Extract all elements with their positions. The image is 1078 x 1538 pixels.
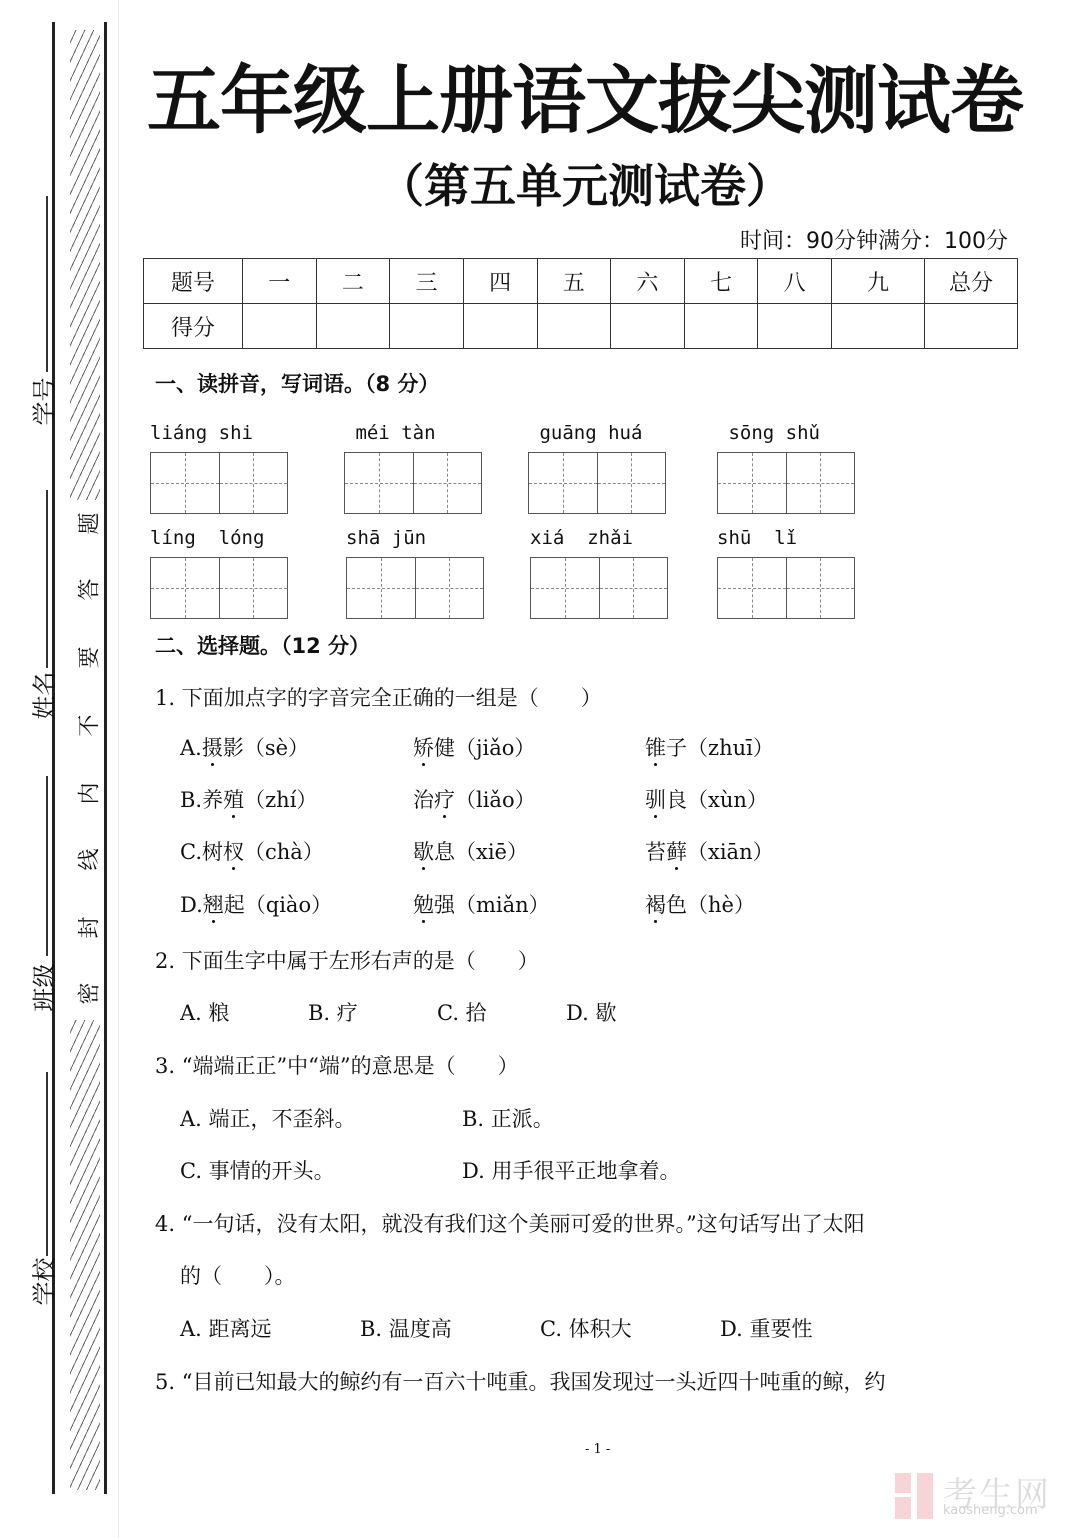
char: 养 [202, 788, 223, 812]
q1-option-d-word2: 勉强（miǎn） [413, 889, 550, 919]
char: 子 [666, 736, 687, 760]
watermark-logo-icon [895, 1473, 935, 1519]
table-cell: 总分 [925, 259, 1018, 304]
q4-option-d[interactable]: D. 重要性 [720, 1313, 812, 1343]
char: 影 [223, 736, 244, 760]
pinyin: （qiào） [245, 893, 332, 917]
pinyin: （zhuī） [687, 736, 774, 760]
score-input-cell[interactable] [611, 304, 685, 349]
pinyin-label: xiá zhǎi [530, 527, 670, 557]
dotted-char: 疗 [434, 788, 455, 812]
strip-divider [118, 0, 119, 1538]
char: 强 [434, 893, 455, 917]
dotted-char: 勉 [413, 893, 434, 917]
binding-strip: 题 答 要 不 内 线 封 密 学号 姓名 班级 学校 [0, 0, 120, 1538]
pinyin-item: guāng huá [528, 422, 668, 514]
q4-option-a[interactable]: A. 距离远 [180, 1313, 272, 1343]
table-cell: 四 [463, 259, 537, 304]
char: 苔 [645, 840, 666, 864]
seal-char: 封 [73, 914, 104, 942]
pinyin-label: liáng shi [150, 422, 290, 452]
table-cell: 六 [611, 259, 685, 304]
name-underline[interactable] [46, 490, 48, 668]
q3-option-c[interactable]: C. 事情的开头。 [180, 1155, 335, 1185]
pinyin-label: méi tàn [344, 422, 484, 452]
char: 色 [666, 893, 687, 917]
score-input-cell[interactable] [537, 304, 611, 349]
question-4-stem: 4. “一句话，没有太阳，就没有我们这个美丽可爱的世界。”这句话写出了太阳 [155, 1208, 865, 1238]
pinyin: （zhí） [244, 788, 317, 812]
pinyin-label: shā jūn [346, 527, 486, 557]
section-heading: 一、读拼音，写词语。（8 分） [155, 368, 439, 398]
pinyin: （xiē） [455, 840, 528, 864]
q3-option-b[interactable]: B. 正派。 [462, 1103, 554, 1133]
section-heading: 二、选择题。（12 分） [155, 630, 370, 660]
seal-char: 不 [73, 712, 104, 740]
pinyin-label: guāng huá [528, 422, 668, 452]
seal-char: 要 [73, 644, 104, 672]
score-input-cell[interactable] [684, 304, 758, 349]
option-label: D. [180, 893, 203, 917]
pinyin: （hè） [687, 893, 755, 917]
pinyin: （liǎo） [455, 788, 536, 812]
option-label: C. [180, 840, 202, 864]
table-cell: 七 [684, 259, 758, 304]
pinyin-item: shā jūn [346, 527, 486, 619]
q2-option-d[interactable]: D. 歇 [566, 997, 616, 1027]
pinyin-item: shū lǐ [717, 527, 857, 619]
q1-option-c-word2: 歇息（xiē） [413, 836, 528, 866]
q1-option-a-word3: 锥子（zhuī） [645, 732, 774, 762]
pinyin-item: líng lóng [150, 527, 290, 619]
writing-grid[interactable] [717, 557, 855, 619]
char: 息 [434, 840, 455, 864]
q1-option-d[interactable]: D.翘起（qiào） [180, 889, 332, 919]
question-1-stem: 1. 下面加点字的字音完全正确的一组是（ ） [155, 682, 602, 712]
student-id-label: 学号 [25, 378, 60, 426]
q4-option-c[interactable]: C. 体积大 [540, 1313, 632, 1343]
q3-option-a[interactable]: A. 端正，不歪斜。 [180, 1103, 356, 1133]
pinyin: （sè） [244, 736, 309, 760]
q4-option-b[interactable]: B. 温度高 [360, 1313, 452, 1343]
watermark: 考生网 kaosheng.com [895, 1473, 1060, 1523]
q2-option-b[interactable]: B. 疗 [308, 997, 358, 1027]
pinyin-item: liáng shi [150, 422, 290, 514]
table-cell: 一 [243, 259, 317, 304]
pinyin: （miǎn） [455, 893, 550, 917]
q1-option-c[interactable]: C.树杈（chà） [180, 836, 324, 866]
pinyin-item: xiá zhǎi [530, 527, 670, 619]
table-cell: 八 [758, 259, 832, 304]
q1-option-d-word3: 褐色（hè） [645, 889, 755, 919]
question-2-stem: 2. 下面生字中属于左形右声的是（ ） [155, 945, 539, 975]
dotted-char: 翘 [203, 893, 224, 917]
pinyin: （jiǎo） [455, 736, 535, 760]
dotted-char: 褐 [645, 893, 666, 917]
dotted-char: 摄 [202, 736, 223, 760]
score-input-cell[interactable] [316, 304, 390, 349]
school-label: 学校 [25, 1258, 60, 1306]
q2-option-c[interactable]: C. 拾 [437, 997, 487, 1027]
score-table-header-row: 题号 一 二 三 四 五 六 七 八 九 总分 [144, 259, 1018, 304]
question-5-stem: 5. “目前已知最大的鲸约有一百六十吨重。我国发现过一头近四十吨重的鲸，约 [155, 1366, 885, 1396]
question-4-stem-cont: 的（ ）。 [180, 1260, 296, 1290]
option-label: A. [180, 736, 202, 760]
score-table-score-row: 得分 [144, 304, 1018, 349]
writing-grid[interactable] [344, 452, 482, 514]
writing-grid[interactable] [717, 452, 855, 514]
pinyin-label: líng lóng [150, 527, 290, 557]
q1-option-b[interactable]: B.养殖（zhí） [180, 784, 317, 814]
writing-grid[interactable] [528, 452, 666, 514]
pinyin: （xiān） [687, 840, 774, 864]
table-cell: 三 [390, 259, 464, 304]
pinyin-label: sōng shǔ [717, 422, 857, 452]
writing-grid[interactable] [530, 557, 668, 619]
pinyin-item: méi tàn [344, 422, 484, 514]
option-label: B. [180, 788, 202, 812]
school-underline[interactable] [46, 1072, 48, 1256]
hatch-bottom [70, 1020, 100, 1490]
table-cell: 题号 [144, 259, 243, 304]
time-info: 时间：90分钟满分：100分 [740, 224, 1008, 255]
q1-option-a-word2: 矫健（jiǎo） [413, 732, 535, 762]
q3-option-d[interactable]: D. 用手很平正地拿着。 [462, 1155, 680, 1185]
q2-option-a[interactable]: A. 粮 [180, 997, 230, 1027]
table-cell: 得分 [144, 304, 243, 349]
score-input-cell[interactable] [390, 304, 464, 349]
hatch-top [70, 30, 100, 500]
score-input-cell[interactable] [925, 304, 1018, 349]
watermark-subtext: kaosheng.com [943, 1503, 1038, 1518]
seal-char: 密 [73, 980, 104, 1008]
q1-option-a[interactable]: A.摄影（sè） [180, 732, 309, 762]
binding-line-inner [104, 22, 107, 1494]
char: 健 [434, 736, 455, 760]
dotted-char: 歇 [413, 840, 434, 864]
seal-char: 答 [73, 576, 104, 604]
seal-char: 线 [73, 846, 104, 874]
class-label: 班级 [25, 964, 60, 1012]
dotted-char: 藓 [666, 840, 687, 864]
seal-char: 内 [73, 780, 104, 808]
q1-option-c-word3: 苔藓（xiān） [645, 836, 774, 866]
char: 起 [224, 893, 245, 917]
question-3-stem: 3. “端端正正”中“端”的意思是（ ） [155, 1050, 519, 1080]
page-title: 五年级上册语文拔尖测试卷 [140, 42, 1030, 148]
student-id-underline[interactable] [46, 196, 48, 372]
score-input-cell[interactable] [463, 304, 537, 349]
writing-grid[interactable] [150, 452, 288, 514]
pinyin: （chà） [244, 840, 324, 864]
char: 良 [666, 788, 687, 812]
score-table: 题号 一 二 三 四 五 六 七 八 九 总分 得分 [143, 258, 1018, 349]
char: 树 [202, 840, 223, 864]
name-label: 姓名 [25, 672, 60, 720]
q1-option-b-word3: 驯良（xùn） [645, 784, 768, 814]
score-input-cell[interactable] [243, 304, 317, 349]
seal-char: 题 [73, 510, 104, 538]
dotted-char: 矫 [413, 736, 434, 760]
dotted-char: 驯 [645, 788, 666, 812]
q1-option-b-word2: 治疗（liǎo） [413, 784, 536, 814]
dotted-char: 殖 [223, 788, 244, 812]
pinyin-item: sōng shǔ [717, 422, 857, 514]
table-cell: 九 [832, 259, 925, 304]
table-cell: 五 [537, 259, 611, 304]
dotted-char: 杈 [223, 840, 244, 864]
writing-grid[interactable] [346, 557, 484, 619]
char: 治 [413, 788, 434, 812]
writing-grid[interactable] [150, 557, 288, 619]
dotted-char: 锥 [645, 736, 666, 760]
score-input-cell[interactable] [832, 304, 925, 349]
score-input-cell[interactable] [758, 304, 832, 349]
class-underline[interactable] [46, 776, 48, 956]
table-cell: 二 [316, 259, 390, 304]
page-subtitle: （第五单元测试卷） [140, 150, 1030, 216]
pinyin-label: shū lǐ [717, 527, 857, 557]
pinyin: （xùn） [687, 788, 768, 812]
page-number: - 1 - [585, 1442, 610, 1457]
